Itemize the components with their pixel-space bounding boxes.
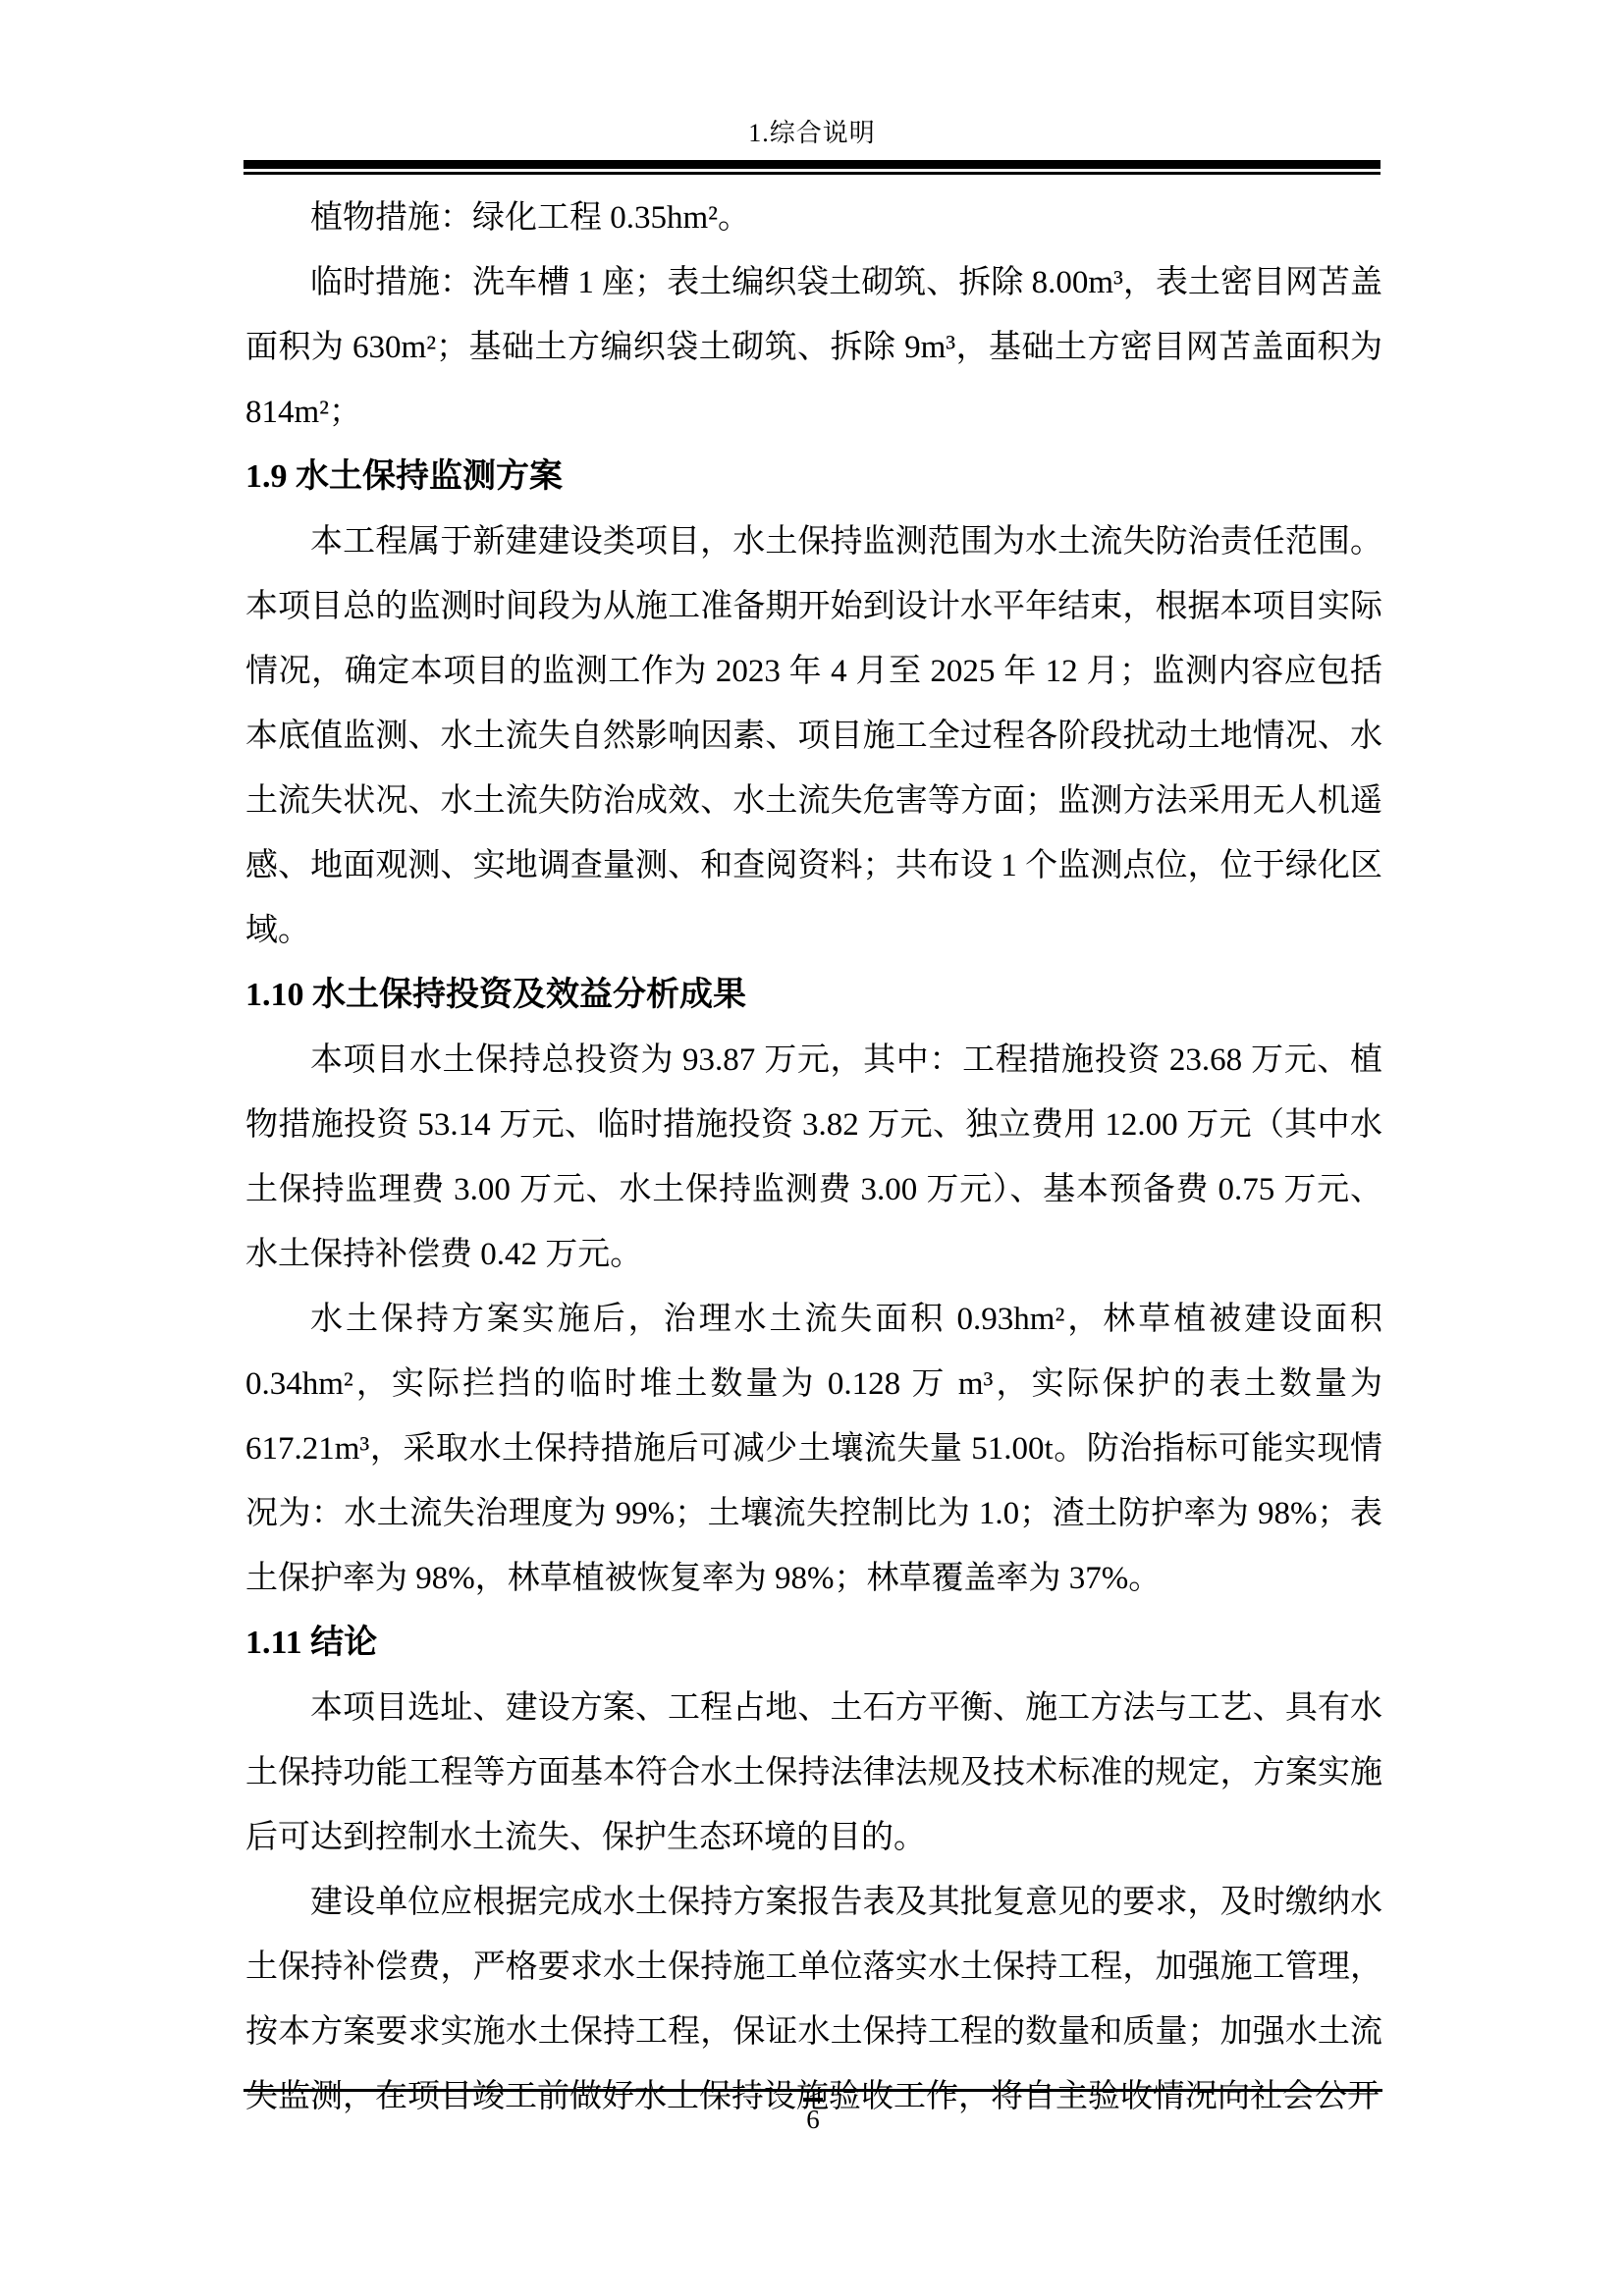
paragraph-benefit-analysis: 水土保持方案实施后，治理水土流失面积 0.93hm²，林草植被建设面积 0.34… xyxy=(245,1287,1382,1611)
document-page: 1.综合说明 植物措施：绿化工程 0.35hm²。 临时措施：洗车槽 1 座；表… xyxy=(0,0,1624,2296)
page-number: 6 xyxy=(244,2103,1382,2136)
section-heading-1-10: 1.10 水土保持投资及效益分析成果 xyxy=(245,963,1382,1028)
section-heading-1-9: 1.9 水土保持监测方案 xyxy=(245,445,1382,509)
footer-tick-mark xyxy=(803,2098,823,2102)
document-body: 植物措施：绿化工程 0.35hm²。 临时措施：洗车槽 1 座；表土编织袋土砌筑… xyxy=(245,186,1382,2129)
paragraph-conclusion: 本项目选址、建设方案、工程占地、土石方平衡、施工方法与工艺、具有水土保持功能工程… xyxy=(245,1676,1382,1870)
paragraph-investment: 本项目水土保持总投资为 93.87 万元，其中：工程措施投资 23.68 万元、… xyxy=(245,1028,1382,1287)
header-divider-thin-bar xyxy=(244,172,1380,175)
header-divider xyxy=(244,160,1380,175)
footer-divider xyxy=(244,2089,1382,2092)
paragraph-monitoring-plan: 本工程属于新建建设类项目，水土保持监测范围为水土流失防治责任范围。本项目总的监测… xyxy=(245,509,1382,963)
section-heading-1-11: 1.11 结论 xyxy=(245,1611,1382,1676)
page-header-title: 1.综合说明 xyxy=(244,114,1380,153)
paragraph-temporary-measures: 临时措施：洗车槽 1 座；表土编织袋土砌筑、拆除 8.00m³，表土密目网苫盖面… xyxy=(245,250,1382,445)
header-divider-thick-bar xyxy=(244,160,1380,169)
paragraph-plant-measures: 植物措施：绿化工程 0.35hm²。 xyxy=(245,186,1382,250)
